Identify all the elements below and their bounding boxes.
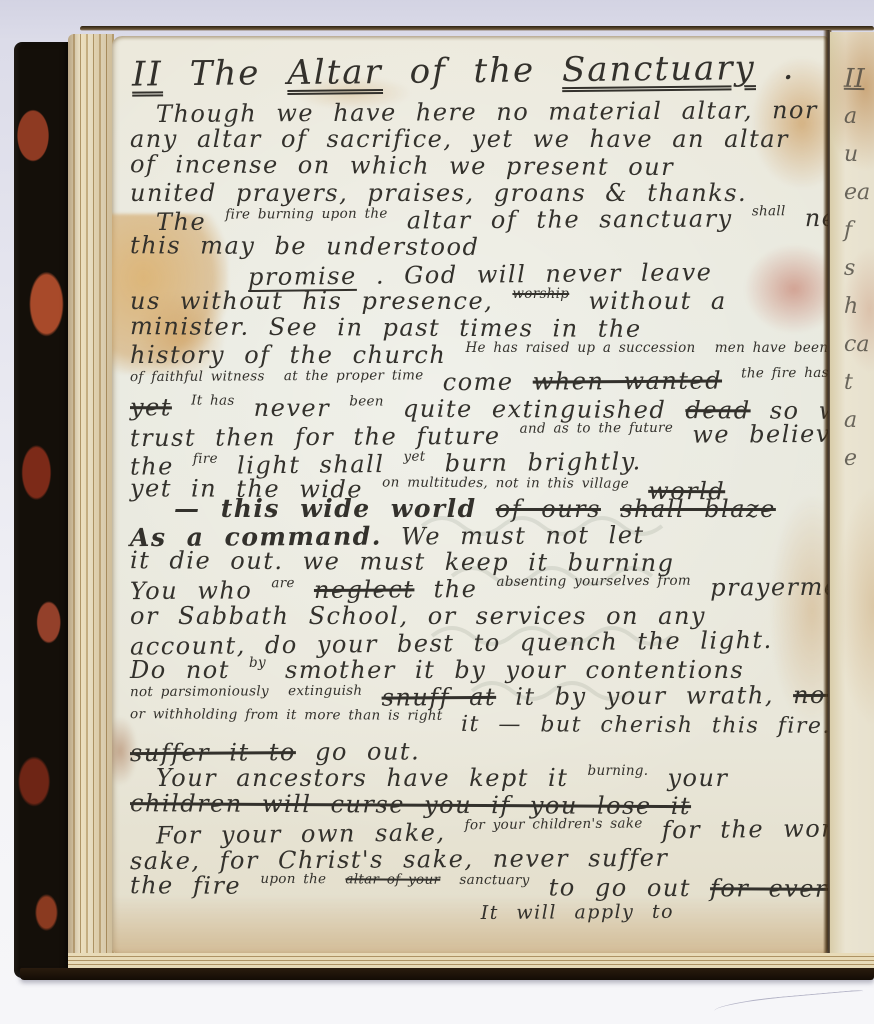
manuscript-line: sake, for Christ's sake, never suffer [130, 844, 824, 875]
inserted-text: or withholding from it more than is righ… [130, 706, 443, 724]
inserted-text: yet [403, 449, 425, 465]
manuscript-line: You who are neglect the absenting yourse… [130, 574, 824, 605]
struck-text: yet [130, 393, 172, 421]
underlined-text: Sanctuary [562, 48, 756, 90]
inserted-text: on multitudes, not in this village [382, 475, 629, 492]
manuscript-text: minister. See in past times in the [130, 312, 642, 343]
struck-text: when wanted [533, 367, 722, 396]
manuscript-line: any altar of sacrifice, yet we have an a… [130, 126, 824, 153]
manuscript-line: of incense on which we present our [130, 151, 824, 182]
manuscript-text: . [782, 48, 795, 88]
inserted-text: are [271, 575, 295, 591]
manuscript-line: Do not by smother it by your contentions [130, 657, 824, 684]
facing-page-text-fragment: u [844, 136, 874, 175]
inserted-text: fire [193, 451, 218, 467]
inserted-text: of faithful witness [130, 368, 265, 385]
manuscript-text: we believe that [692, 419, 828, 448]
inserted-text: extinguish [288, 683, 362, 699]
manuscript-line: or withholding from it more than is righ… [130, 709, 824, 740]
manuscript-line: Though we have here no material altar, n… [156, 97, 824, 128]
manuscript-text: or Sabbath School, or services on any [130, 602, 706, 630]
manuscript-text: us without his presence, [130, 287, 493, 315]
manuscript-line: yet in the wide on multitudes, not in th… [130, 475, 824, 506]
notebook: II The Altar of the Sanctuary . Though w… [14, 26, 874, 980]
inserted-text: at the proper time [284, 367, 424, 384]
manuscript-text: Though we have here no material altar, n… [156, 96, 818, 128]
struck-insertion: altar of your [345, 871, 440, 887]
manuscript-text: any altar of sacrifice, yet we have an a… [130, 125, 789, 153]
facing-page-edge: IIaueafshcatae [830, 32, 874, 958]
inserted-text: by [249, 655, 266, 671]
manuscript-text: prayermeeting, [710, 572, 828, 601]
facing-page-text-fragment: s [844, 250, 874, 289]
manuscript-page: II The Altar of the Sanctuary . Though w… [112, 36, 828, 954]
manuscript-line: suffer it to go out. [130, 736, 824, 767]
page-heading: II The Altar of the Sanctuary . [132, 48, 828, 94]
manuscript-line: history of the church He has raised up a… [130, 342, 824, 369]
underlined-text: II [132, 54, 163, 94]
manuscript-lines: Though we have here no material altar, n… [130, 99, 824, 927]
manuscript-text: never [254, 394, 331, 422]
inserted-text: not parsimoniously [130, 683, 269, 700]
manuscript-text: for the world's [662, 814, 828, 844]
manuscript-text: sake, for Christ's sake, never suffer [130, 844, 669, 875]
manuscript-text: your [668, 764, 729, 792]
facing-page-text-fragment: a [844, 98, 874, 137]
facing-page-text-fragment: ea [844, 174, 874, 213]
manuscript-text: history of the church [130, 341, 446, 369]
manuscript-text: without a [588, 287, 726, 315]
manuscript-text: it by your wrath, [515, 681, 774, 711]
manuscript-line: united prayers, praises, groans & thanks… [130, 180, 824, 207]
manuscript-line: us without his presence, worship without… [130, 288, 824, 315]
book-top-edge [80, 26, 874, 31]
manuscript-text: altar of the sanctuary [407, 205, 733, 235]
manuscript-text: of the [409, 50, 535, 91]
manuscript-text: united prayers, praises, groans & thanks… [130, 179, 747, 207]
manuscript-text: the [433, 575, 477, 603]
facing-page-text-fragment: a [844, 402, 874, 441]
inserted-text: He has raised up a succession [465, 340, 695, 356]
book-cover-spine [14, 42, 70, 978]
manuscript-text: of incense on which we present our [130, 150, 674, 181]
manuscript-text: yet in the wide [130, 474, 363, 503]
underlined-text: promise [248, 262, 357, 291]
facing-page-text-fragment: t [844, 364, 874, 403]
manuscript-line: It will apply to [130, 898, 824, 929]
facing-page-text-fragment: h [844, 288, 874, 327]
bottom-cover-edge [20, 968, 874, 980]
inserted-text: the fire has [741, 365, 828, 382]
inserted-text: shall [752, 203, 786, 219]
facing-page-text-fragment: ca [844, 326, 874, 365]
manuscript-line: the fire upon the altar of your sanctuar… [130, 871, 824, 902]
manuscript-text: We must not let [401, 521, 645, 550]
inserted-text: burning. [588, 763, 649, 779]
facing-page-text-fragment: f [844, 212, 874, 251]
pencil-mark [714, 989, 865, 1019]
manuscript-text: The [189, 53, 260, 94]
facing-page-text-fragment: II [844, 60, 874, 99]
inserted-text: been [349, 393, 384, 409]
photo-background: II The Altar of the Sanctuary . Though w… [0, 0, 874, 1024]
inserted-text: sanctuary [459, 872, 529, 888]
facing-page-text: IIaueafshcatae [844, 60, 874, 478]
inserted-text: It has [191, 393, 235, 409]
manuscript-text: burn brightly. [445, 447, 642, 477]
struck-insertion: worship [512, 286, 569, 302]
struck-text: suffer it to [130, 738, 296, 767]
manuscript-text: go out. [315, 737, 420, 766]
struck-text: world [648, 477, 725, 505]
inserted-text: absenting yourselves from [496, 573, 691, 590]
manuscript-text: smother it by your contentions [285, 656, 744, 684]
inserted-text: for your children's sake [465, 815, 643, 833]
manuscript-text: It will apply to [481, 901, 674, 924]
struck-text: neglect [314, 575, 415, 604]
inserted-text: fire burning upon the [225, 206, 387, 223]
manuscript-text: Your ancestors have kept it [156, 764, 568, 792]
underlined-text: Altar [287, 52, 383, 93]
manuscript-text: You who [130, 576, 252, 605]
manuscript-text: come [443, 368, 514, 396]
inserted-text: upon the [260, 871, 326, 887]
inserted-text: men have been [715, 340, 828, 356]
inserted-text: and as to the future [520, 420, 674, 437]
manuscript-line: Your ancestors have kept it burning. you… [156, 765, 824, 792]
manuscript-text: trust then for the future [130, 422, 501, 452]
page-stack-edges [68, 34, 114, 978]
manuscript-text: this may be understood [130, 231, 480, 261]
facing-page-text-fragment: e [844, 440, 874, 479]
manuscript-text: the fire [130, 871, 241, 900]
